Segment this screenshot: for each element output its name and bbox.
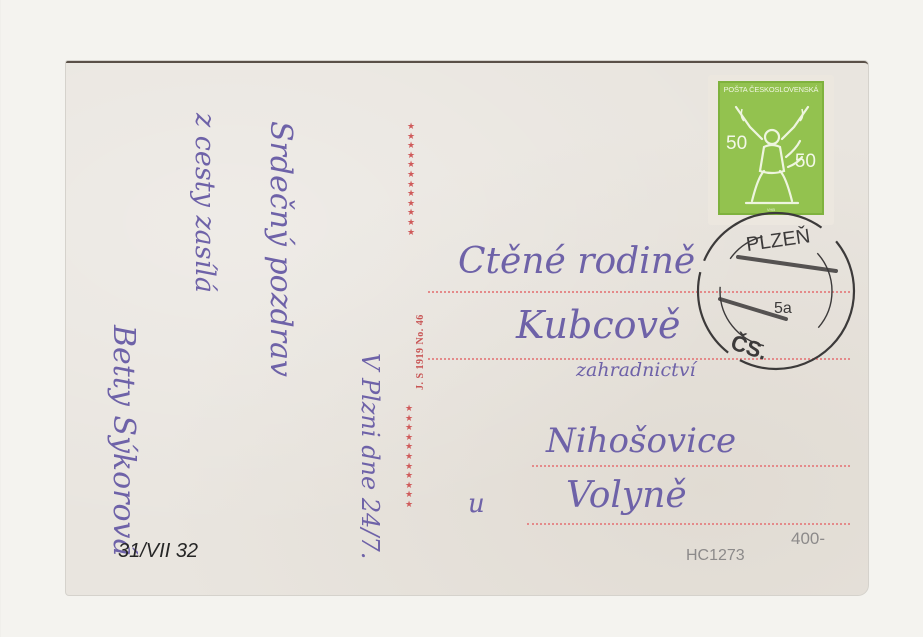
postmark-town: PLZEŇ xyxy=(745,224,812,256)
address-line-4 xyxy=(527,523,850,525)
message-place-date: V Plzni dne 24/7. xyxy=(356,353,384,559)
message-line-1: Srdečný pozdrav xyxy=(263,121,298,377)
stamp-title: POŠTA ČESKOSLOVENSKÁ xyxy=(720,85,822,94)
publisher-imprint: J. S 1919 No. 46 xyxy=(416,314,426,390)
address-name: Kubcově xyxy=(516,303,680,347)
address-occupation: zahradnictví xyxy=(576,359,696,381)
address-recipient: Ctěné rodině xyxy=(458,241,695,282)
postmark-number: 5a xyxy=(774,300,792,317)
message-signature: Betty Sýkorová xyxy=(106,325,141,556)
stamp-value-right: 50 xyxy=(795,151,816,173)
address-line-3 xyxy=(532,465,850,467)
catalog-code: HC1273 xyxy=(686,547,745,565)
address-near-prefix: u xyxy=(468,489,485,519)
postmark-cancellation: PLZEŇ 5a ČS. xyxy=(686,201,866,381)
stamp-value-left: 50 xyxy=(726,133,747,155)
postcard-back: Srdečný pozdrav z cesty zasílá Betty Sýk… xyxy=(66,61,868,595)
archive-date-annotation: 31/VII 32 xyxy=(118,540,198,563)
address-district: Volyně xyxy=(566,475,687,516)
price-annotation: 400- xyxy=(791,529,825,549)
divider-stars-top: ★★★★★★★★★★★★ xyxy=(404,123,418,238)
divider-stars-bottom: ★★★★★★★★★★★ xyxy=(402,405,416,511)
message-line-2: z cesty zasílá xyxy=(189,113,220,293)
address-town: Nihošovice xyxy=(546,421,736,461)
postmark-country: ČS. xyxy=(728,330,771,365)
center-divider: ★★★★★★★★★★★★ J. S 1919 No. 46 ★★★★★★★★★★… xyxy=(404,123,418,553)
